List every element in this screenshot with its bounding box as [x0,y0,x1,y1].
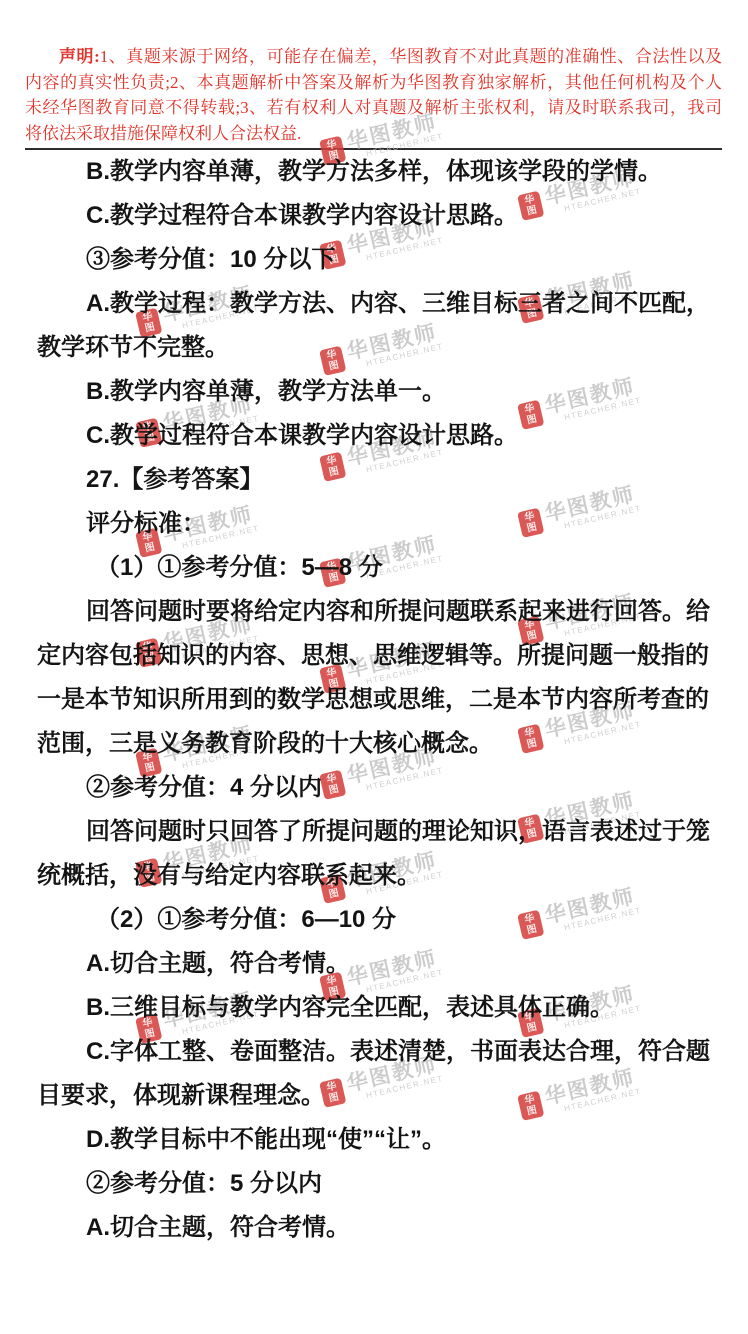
body-line-text: D.教学目标中不能出现“使”“让”。 [86,1126,446,1153]
body-line: B.教学内容单薄，教学方法单一。 [86,371,446,413]
body-line: C.教学过程符合本课教学内容设计思路。 [86,415,518,457]
body-line: ③参考分值：10 分以下 [86,239,335,281]
body-line: D.教学目标中不能出现“使”“让”。 [86,1119,446,1161]
body-line: A.切合主题，符合考情。 [86,943,350,985]
body-line: 教学环节不完整。 [37,327,229,369]
body-line-text: 回答问题时要将给定内容和所提问题联系起来进行回答。给 [86,598,710,625]
body-line-text: ②参考分值：5 分以内 [86,1170,322,1197]
body-line: 评分标准： [86,503,206,545]
body-line-text: 27.【参考答案】 [86,466,263,493]
body-line: ②参考分值：5 分以内 [86,1163,322,1205]
body-line-text: （1）①参考分值：5—8 分 [96,554,383,581]
body-line-text: B.教学内容单薄，教学方法多样，体现该学段的学情。 [86,158,662,185]
body-line-text: 定内容包括知识的内容、思想、思维逻辑等。所提问题一般指的 [37,642,709,669]
body-line-text: A.切合主题，符合考情。 [86,950,350,977]
body-line-text: A.切合主题，符合考情。 [86,1214,350,1241]
body-line-text: B.教学内容单薄，教学方法单一。 [86,378,446,405]
body-text-layer: B.教学内容单薄，教学方法多样，体现该学段的学情。 C.教学过程符合本课教学内容… [0,0,748,1334]
body-line: （2）①参考分值：6—10 分 [96,899,396,941]
body-line: B.教学内容单薄，教学方法多样，体现该学段的学情。 [86,151,662,193]
body-line-text: 教学环节不完整。 [37,334,229,361]
body-line-text: ②参考分值：4 分以内 [86,774,322,801]
body-line-text: 回答问题时只回答了所提问题的理论知识，语言表述过于笼 [86,818,710,845]
body-line-text: A.教学过程：教学方法、内容、三维目标三者之间不匹配， [86,290,710,317]
body-line: 回答问题时只回答了所提问题的理论知识，语言表述过于笼 [86,811,710,853]
body-line: （1）①参考分值：5—8 分 [96,547,383,589]
body-line: 统概括，没有与给定内容联系起来。 [37,855,421,897]
body-line-text: 统概括，没有与给定内容联系起来。 [37,862,421,889]
document-page: 华 图 华图教师 HTEACHER.NET 华 图 华图教师 HTEACHER.… [0,0,748,1334]
body-line: 定内容包括知识的内容、思想、思维逻辑等。所提问题一般指的 [37,635,709,677]
body-line-text: 一是本节知识所用到的数学思想或思维，二是本节内容所考查的 [37,686,709,713]
body-line: A.教学过程：教学方法、内容、三维目标三者之间不匹配， [86,283,710,325]
body-line-text: C.字体工整、卷面整洁。表述清楚，书面表达合理，符合题 [86,1038,710,1065]
body-line: 27.【参考答案】 [86,459,263,501]
body-line-text: 范围，三是义务教育阶段的十大核心概念。 [37,730,493,757]
body-line: 目要求，体现新课程理念。 [37,1075,325,1117]
body-line-text: ③参考分值：10 分以下 [86,246,335,273]
body-line: C.教学过程符合本课教学内容设计思路。 [86,195,518,237]
body-line: 一是本节知识所用到的数学思想或思维，二是本节内容所考查的 [37,679,709,721]
body-line: 回答问题时要将给定内容和所提问题联系起来进行回答。给 [86,591,710,633]
body-line: B.三维目标与教学内容完全匹配，表述具体正确。 [86,987,614,1029]
body-line: A.切合主题，符合考情。 [86,1207,350,1249]
body-line-text: 评分标准： [86,510,206,537]
body-line-text: C.教学过程符合本课教学内容设计思路。 [86,202,518,229]
body-line: C.字体工整、卷面整洁。表述清楚，书面表达合理，符合题 [86,1031,710,1073]
body-line-text: 目要求，体现新课程理念。 [37,1082,325,1109]
body-line: 范围，三是义务教育阶段的十大核心概念。 [37,723,493,765]
body-line: ②参考分值：4 分以内 [86,767,322,809]
body-line-text: （2）①参考分值：6—10 分 [96,906,396,933]
body-line-text: C.教学过程符合本课教学内容设计思路。 [86,422,518,449]
body-line-text: B.三维目标与教学内容完全匹配，表述具体正确。 [86,994,614,1021]
